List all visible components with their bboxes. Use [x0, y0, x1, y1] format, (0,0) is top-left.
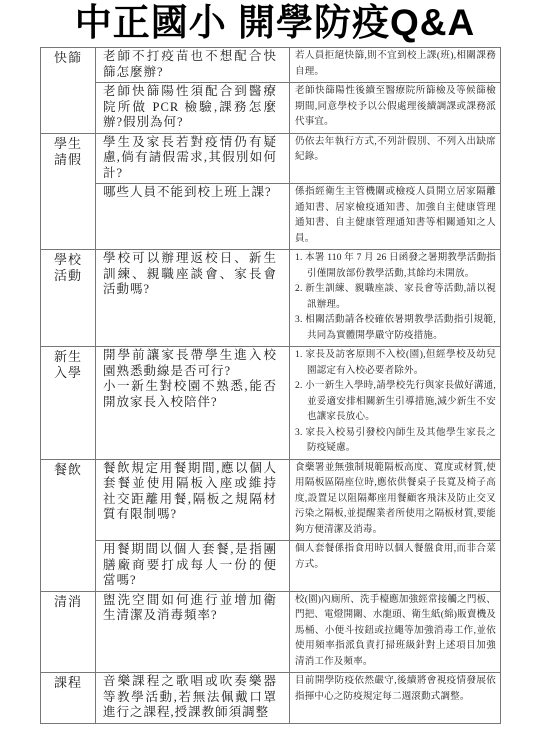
- qa-table: 快篩 老師不打疫苗也不想配合快篩怎麼辦? 若人員拒絕快篩,則不宜到校上課(班),…: [40, 47, 501, 724]
- answer-cell: 校(園)內廁所、洗手檯應加強經常接觸之門板、門把、電燈開關、水龍頭、衛生紙(綿)…: [290, 591, 501, 673]
- table-row: 學生請假 學生及家長若對疫情仍有疑慮,倘有請假需求,其假別如何計? 仍依去年執行…: [41, 133, 501, 184]
- question-cell: 餐飲規定用餐期間,應以個人套餐並使用隔板入座或維持社交距離用餐,隔板之規隔材質有…: [96, 459, 290, 541]
- answer-cell: 係指經衛生主管機關或檢疫人員開立居家隔離通知書、居家檢疫通知書、加強自主健康管理…: [290, 184, 501, 250]
- answer-item-1: 1. 家長及訪客原則不入校(園),但經學校及幼兒園認定有入校必要者除外。: [295, 348, 496, 379]
- category-student-leave: 學生請假: [41, 133, 96, 250]
- answer-item-2: 2. 新生訓練、親職座談、家長會等活動,請以視訊辦理。: [295, 282, 496, 313]
- question-cell: 用餐期間以個人套餐,是指團膳廠商要打成每人一份的便當嗎?: [96, 541, 290, 592]
- answer-cell: 目前開學防疫依然嚴守,後續將會視疫情發展依指揮中心之防疫規定每二週滾動式調整。: [290, 673, 501, 724]
- question-text: 用餐期間以個人套餐,是指團膳廠商要打成每人一份的便當嗎?: [103, 542, 277, 589]
- answer-cell: 個人套餐係指食用時以個人餐盤食用,而非合菜方式。: [290, 541, 501, 592]
- answer-text: 仍依去年執行方式,不列計假別、不列入出缺席紀錄。: [295, 135, 496, 166]
- answer-text: 校(園)內廁所、洗手檯應加強經常接觸之門板、門把、電燈開關、水龍頭、衛生紙(綿)…: [295, 593, 496, 671]
- question-text: 學校可以辦理返校日、新生訓練、親職座談會、家長會活動嗎?: [103, 251, 277, 298]
- answer-text: 目前開學防疫依然嚴守,後續將會視疫情發展依指揮中心之防疫規定每二週滾動式調整。: [295, 674, 496, 705]
- table-row: 用餐期間以個人套餐,是指團膳廠商要打成每人一份的便當嗎? 個人套餐係指食用時以個…: [41, 541, 501, 592]
- table-row: 清消 盥洗空間如何進行並增加衛生清潔及消毒頻率? 校(園)內廁所、洗手檯應加強經…: [41, 591, 501, 673]
- question-cell: 學生及家長若對疫情仍有疑慮,倘有請假需求,其假別如何計?: [96, 133, 290, 184]
- question-text: 小一新生對校園不熟悉,能否開放家長入校陪伴?: [103, 379, 277, 410]
- question-cell: 盥洗空間如何進行並增加衛生清潔及消毒頻率?: [96, 591, 290, 673]
- question-cell: 哪些人員不能到校上班上課?: [96, 184, 290, 250]
- question-cell: 音樂課程之歌唱或吹奏樂器等教學活動,若無法佩戴口罩進行之課程,授課教師須調整: [96, 673, 290, 724]
- category-disinfection: 清消: [41, 591, 96, 673]
- question-text: 音樂課程之歌唱或吹奏樂器等教學活動,若無法佩戴口罩進行之課程,授課教師須調整: [103, 674, 277, 721]
- category-curriculum: 課程: [41, 673, 96, 724]
- answer-cell: 食藥署並無強制規範隔板高度、寬度或材質,使用隔板區隔座位時,應依供餐桌子長寬及椅…: [290, 459, 501, 541]
- answer-cell: 老師快篩陽性後續至醫療院所篩檢及等候篩檢期間,同意學校予以公假處理後續調課或課務…: [290, 83, 501, 134]
- table-row: 哪些人員不能到校上班上課? 係指經衛生主管機關或檢疫人員開立居家隔離通知書、居家…: [41, 184, 501, 250]
- table-row: 老師快篩陽性須配合到醫療院所做 PCR 檢驗,課務怎麼辦?假別為何? 老師快篩陽…: [41, 83, 501, 134]
- question-text: 學生及家長若對疫情仍有疑慮,倘有請假需求,其假別如何計?: [103, 135, 277, 182]
- question-cell: 學校可以辦理返校日、新生訓練、親職座談會、家長會活動嗎?: [96, 250, 290, 347]
- category-dining: 餐飲: [41, 459, 96, 591]
- answer-cell: 若人員拒絕快篩,則不宜到校上課(班),相關課務自理。: [290, 48, 501, 83]
- question-text: 餐飲規定用餐期間,應以個人套餐並使用隔板入座或維持社交距離用餐,隔板之規隔材質有…: [103, 461, 277, 523]
- document-page: 中正國小 開學防疫Q&A 快篩 老師不打疫苗也不想配合快篩怎麼辦? 若人員拒絕快…: [0, 0, 550, 749]
- question-text: 老師快篩陽性須配合到醫療院所做 PCR 檢驗,課務怎麼辦?假別為何?: [103, 84, 277, 131]
- page-title: 中正國小 開學防疫Q&A: [0, 2, 550, 44]
- category-rapid-test: 快篩: [41, 48, 96, 134]
- answer-item-3: 3. 相關活動請各校確依暑期教學活動指引規範,共同為實體開學嚴守防疫措施。: [295, 313, 496, 344]
- table-row: 課程 音樂課程之歌唱或吹奏樂器等教學活動,若無法佩戴口罩進行之課程,授課教師須調…: [41, 673, 501, 724]
- answer-text: 食藥署並無強制規範隔板高度、寬度或材質,使用隔板區隔座位時,應依供餐桌子長寬及椅…: [295, 461, 496, 539]
- answer-cell: 1. 本署 110 年 7 月 26 日函發之暑期教學活動指引僅開放部份教學活動…: [290, 250, 501, 347]
- question-text: 盥洗空間如何進行並增加衛生清潔及消毒頻率?: [103, 593, 277, 624]
- answer-text: 若人員拒絕快篩,則不宜到校上課(班),相關課務自理。: [295, 49, 496, 80]
- table-row: 快篩 老師不打疫苗也不想配合快篩怎麼辦? 若人員拒絕快篩,則不宜到校上課(班),…: [41, 48, 501, 83]
- question-cell: 老師快篩陽性須配合到醫療院所做 PCR 檢驗,課務怎麼辦?假別為何?: [96, 83, 290, 134]
- table-row: 餐飲 餐飲規定用餐期間,應以個人套餐並使用隔板入座或維持社交距離用餐,隔板之規隔…: [41, 459, 501, 541]
- answer-text: 老師快篩陽性後續至醫療院所篩檢及等候篩檢期間,同意學校予以公假處理後續調課或課務…: [295, 84, 496, 131]
- question-text: 老師不打疫苗也不想配合快篩怎麼辦?: [103, 49, 277, 80]
- answer-cell: 仍依去年執行方式,不列計假別、不列入出缺席紀錄。: [290, 133, 501, 184]
- answer-item-3: 3. 家長入校易引發校內師生及其他學生家長之防疫疑慮。: [295, 426, 496, 457]
- category-new-students: 新生入學: [41, 347, 96, 460]
- question-cell: 老師不打疫苗也不想配合快篩怎麼辦?: [96, 48, 290, 83]
- question-text: 開學前讓家長帶學生進入校園熟悉動線是否可行?: [103, 348, 277, 379]
- table-row: 學校活動 學校可以辦理返校日、新生訓練、親職座談會、家長會活動嗎? 1. 本署 …: [41, 250, 501, 347]
- question-cell: 開學前讓家長帶學生進入校園熟悉動線是否可行? 小一新生對校園不熟悉,能否開放家長…: [96, 347, 290, 460]
- answer-item-1: 1. 本署 110 年 7 月 26 日函發之暑期教學活動指引僅開放部份教學活動…: [295, 251, 496, 282]
- answer-cell: 1. 家長及訪客原則不入校(園),但經學校及幼兒園認定有入校必要者除外。 2. …: [290, 347, 501, 460]
- answer-text: 個人套餐係指食用時以個人餐盤食用,而非合菜方式。: [295, 542, 496, 573]
- table-row: 新生入學 開學前讓家長帶學生進入校園熟悉動線是否可行? 小一新生對校園不熟悉,能…: [41, 347, 501, 460]
- question-text: 哪些人員不能到校上班上課?: [103, 185, 277, 201]
- category-school-activities: 學校活動: [41, 250, 96, 347]
- answer-item-2: 2. 小一新生入學時,請學校先行與家長做好溝通,並妥適安排相關新生引導措施,減少…: [295, 379, 496, 426]
- answer-text: 係指經衛生主管機關或檢疫人員開立居家隔離通知書、居家檢疫通知書、加強自主健康管理…: [295, 185, 496, 247]
